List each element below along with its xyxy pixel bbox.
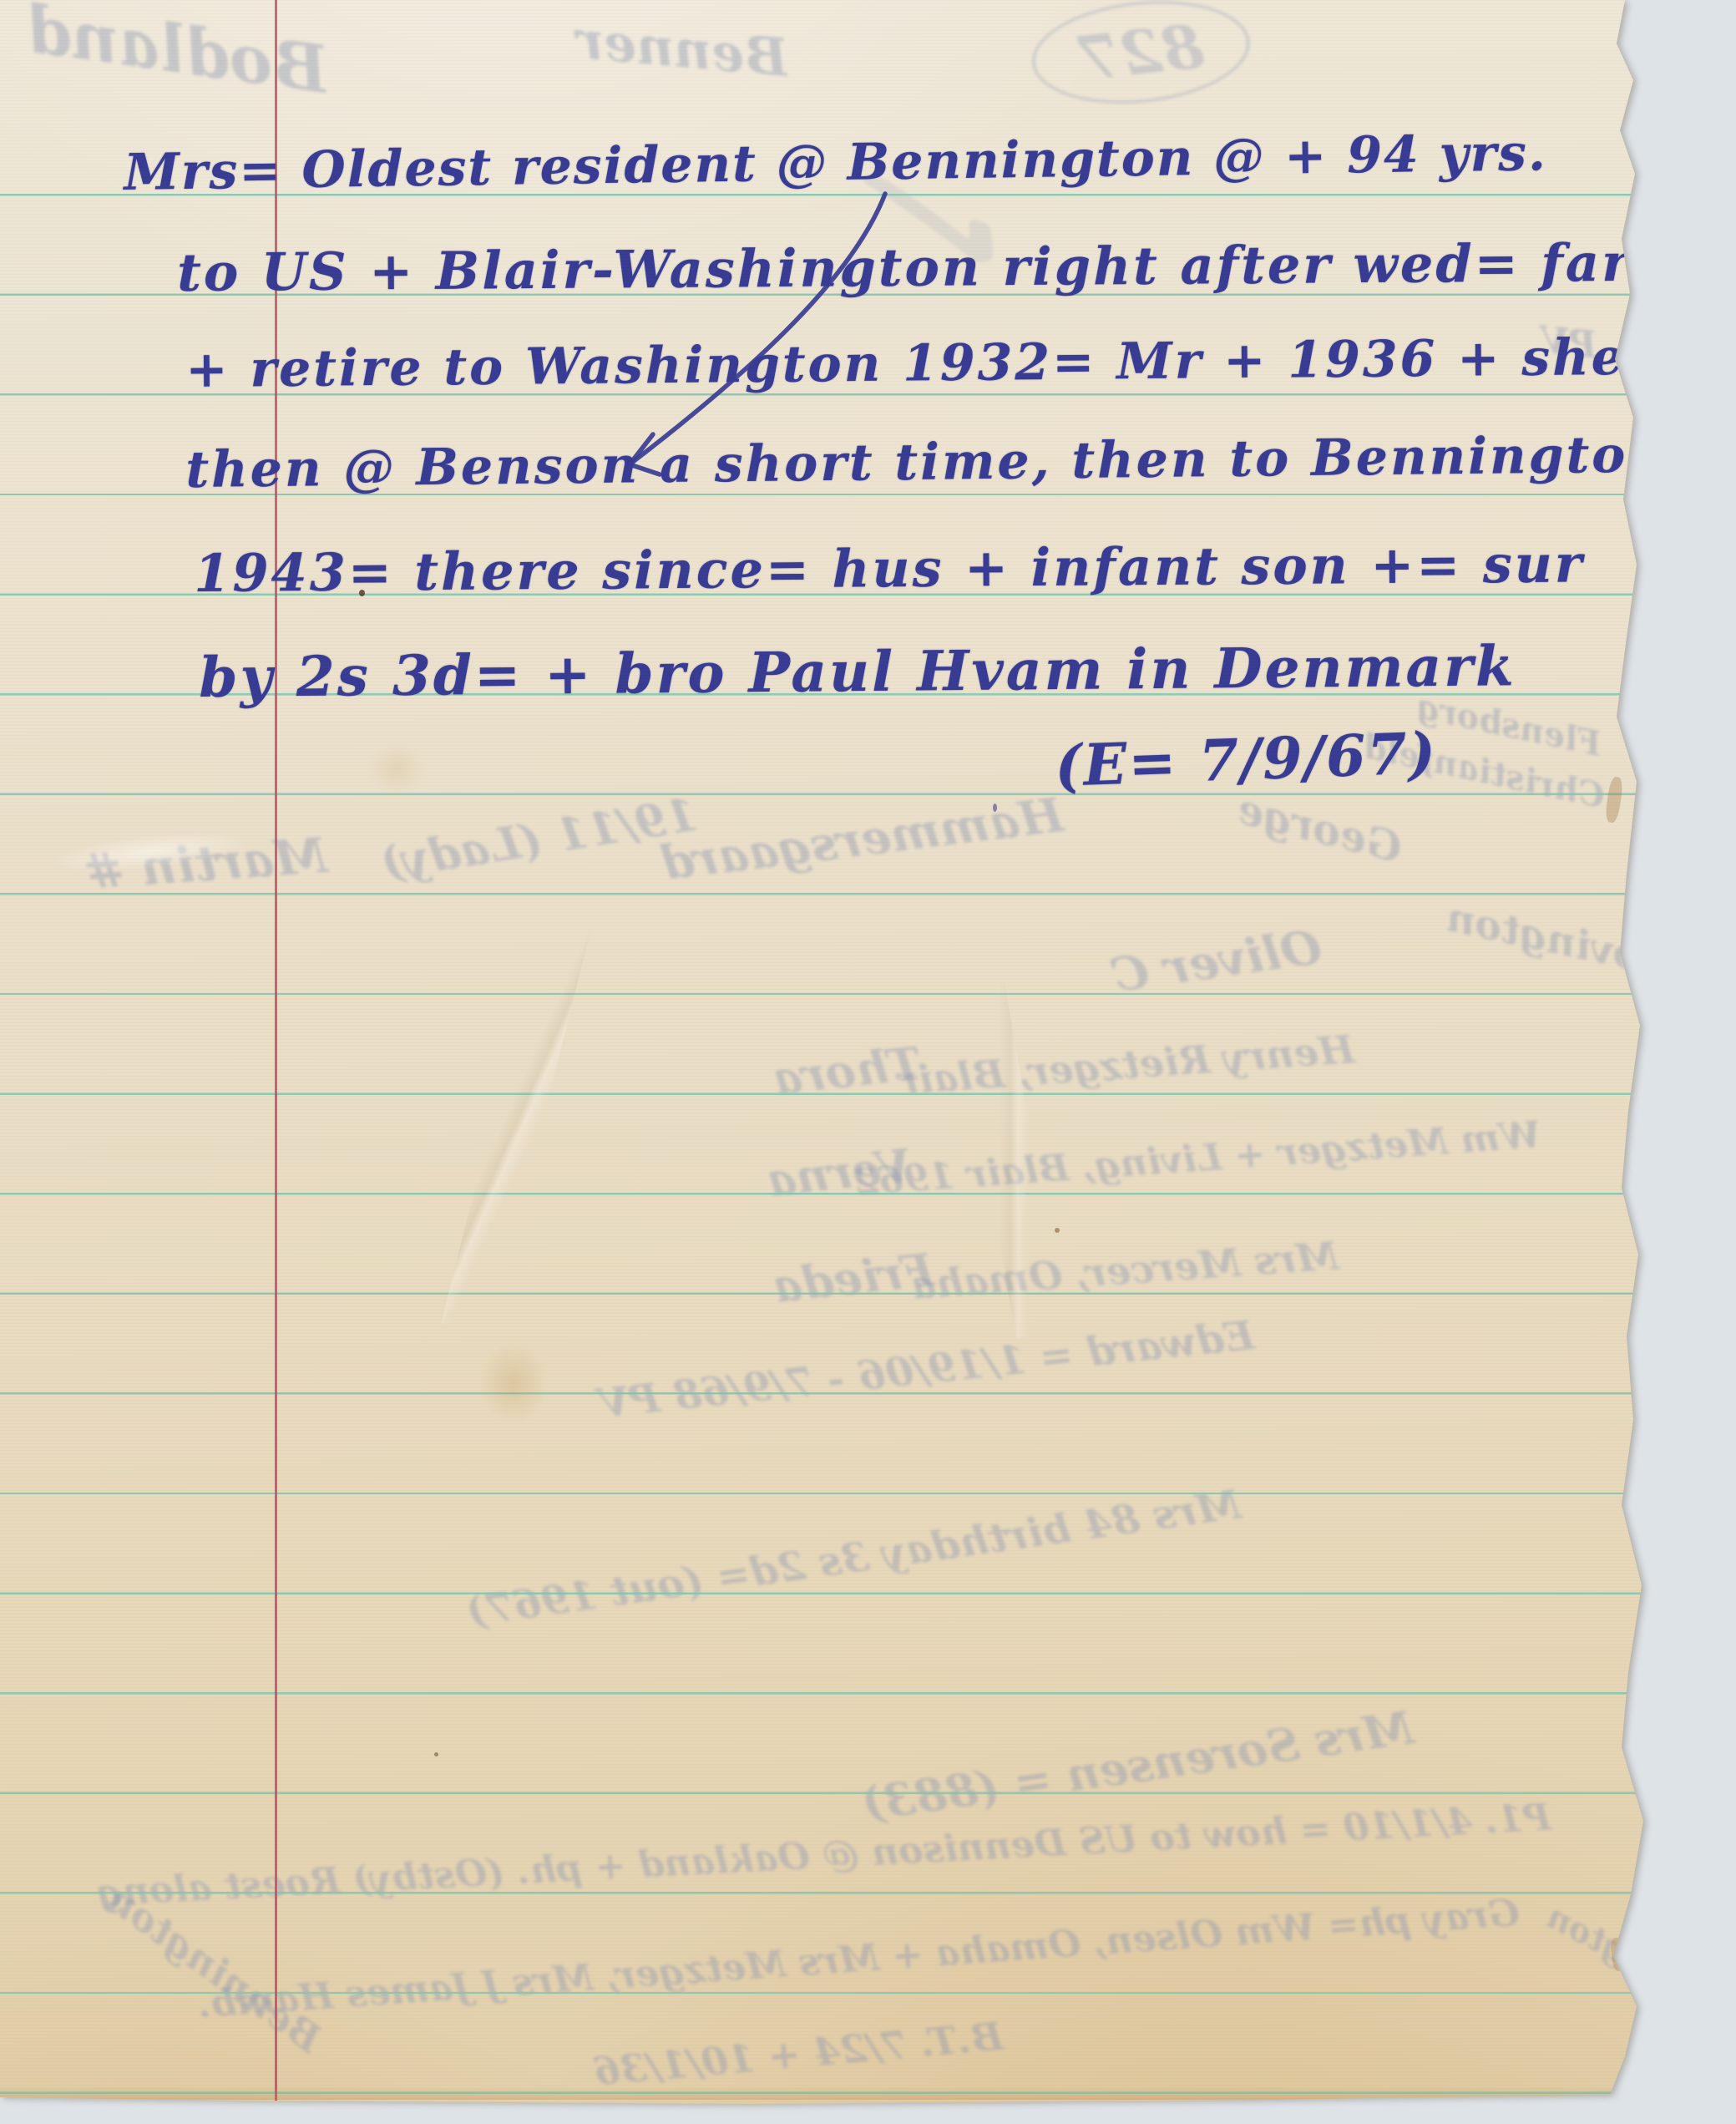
paper-shadow: BodlandBenner827✓PVFlensborgChristianfel… [0, 0, 1736, 2124]
scanned-page: BodlandBenner827✓PVFlensborgChristianfel… [0, 0, 1736, 2124]
notebook-paper: BodlandBenner827✓PVFlensborgChristianfel… [0, 0, 1736, 2124]
paper-texture [0, 0, 1736, 2124]
